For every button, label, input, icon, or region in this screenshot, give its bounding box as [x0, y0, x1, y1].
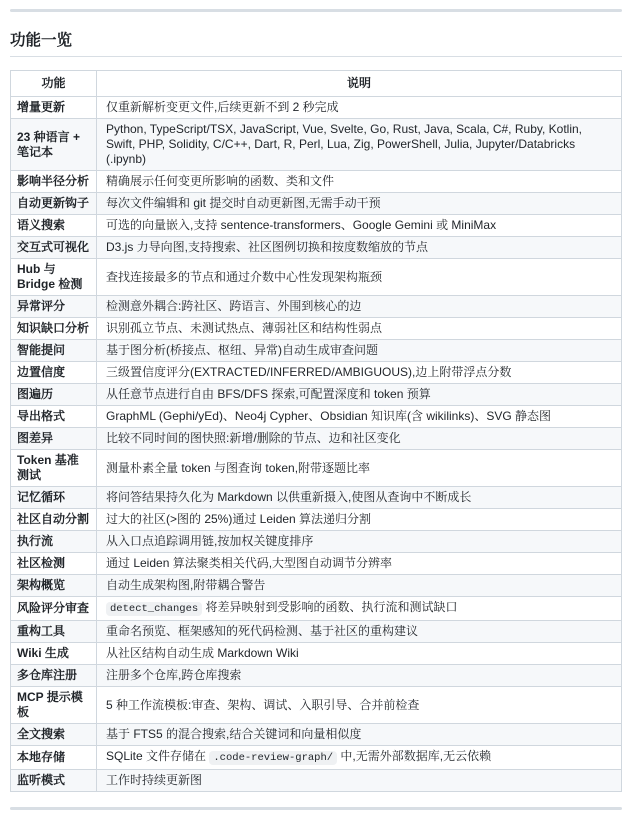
description-cell: 自动生成架构图,附带耦合警告	[97, 575, 622, 597]
feature-cell: 自动更新钩子	[11, 193, 97, 215]
description-text: 通过 Leiden 算法聚类相关代码,大型图自动调节分辨率	[106, 556, 392, 570]
description-text: 过大的社区(>图的 25%)通过 Leiden 算法递归分割	[106, 512, 371, 526]
description-cell: 从社区结构自动生成 Markdown Wiki	[97, 643, 622, 665]
description-cell: 将问答结果持久化为 Markdown 以供重新摄入,使图从查询中不断成长	[97, 487, 622, 509]
table-row: Token 基准测试测量朴素全量 token 与图查询 token,附带逐题比率	[11, 450, 622, 487]
description-text: 从社区结构自动生成 Markdown Wiki	[106, 646, 299, 660]
description-cell: 注册多个仓库,跨仓库搜索	[97, 665, 622, 687]
description-text: SQLite 文件存储在	[106, 749, 209, 763]
description-text: 识别孤立节点、未测试热点、薄弱社区和结构性弱点	[106, 321, 382, 335]
description-text: 将差异映射到受影响的函数、执行流和测试缺口	[202, 600, 457, 614]
description-cell: Python, TypeScript/TSX, JavaScript, Vue,…	[97, 119, 622, 171]
description-cell: 可选的向量嵌入,支持 sentence-transformers、Google …	[97, 215, 622, 237]
description-text: 工作时持续更新图	[106, 773, 202, 787]
description-text: 每次文件编辑和 git 提交时自动更新图,无需手动干预	[106, 196, 381, 210]
feature-cell: 记忆循环	[11, 487, 97, 509]
table-row: 社区检测通过 Leiden 算法聚类相关代码,大型图自动调节分辨率	[11, 553, 622, 575]
description-text: 5 种工作流模板:审查、架构、调试、入职引导、合并前检查	[106, 698, 419, 712]
description-text: 基于 FTS5 的混合搜索,结合关键词和向量相似度	[106, 727, 361, 741]
description-cell: 通过 Leiden 算法聚类相关代码,大型图自动调节分辨率	[97, 553, 622, 575]
feature-cell: 图差异	[11, 428, 97, 450]
description-text: D3.js 力导向图,支持搜索、社区图例切换和按度数缩放的节点	[106, 240, 428, 254]
bottom-divider	[10, 807, 622, 810]
table-row: 社区自动分割过大的社区(>图的 25%)通过 Leiden 算法递归分割	[11, 509, 622, 531]
description-cell: 过大的社区(>图的 25%)通过 Leiden 算法递归分割	[97, 509, 622, 531]
feature-cell: 风险评分审查	[11, 597, 97, 621]
column-header-feature: 功能	[11, 71, 97, 97]
description-cell: 比较不同时间的图快照:新增/删除的节点、边和社区变化	[97, 428, 622, 450]
table-row: 架构概览自动生成架构图,附带耦合警告	[11, 575, 622, 597]
description-text: 从入口点追踪调用链,按加权关键度排序	[106, 534, 313, 548]
features-table: 功能 说明 增量更新仅重新解析变更文件,后续更新不到 2 秒完成23 种语言 +…	[10, 70, 622, 792]
description-text: 查找连接最多的节点和通过介数中心性发现架构瓶颈	[106, 270, 382, 284]
table-row: 导出格式GraphML (Gephi/yEd)、Neo4j Cypher、Obs…	[11, 406, 622, 428]
description-cell: 工作时持续更新图	[97, 770, 622, 792]
column-header-description: 说明	[97, 71, 622, 97]
description-cell: 从入口点追踪调用链,按加权关键度排序	[97, 531, 622, 553]
table-row: 多仓库注册注册多个仓库,跨仓库搜索	[11, 665, 622, 687]
table-row: 监听模式工作时持续更新图	[11, 770, 622, 792]
table-row: Hub 与 Bridge 检测查找连接最多的节点和通过介数中心性发现架构瓶颈	[11, 259, 622, 296]
table-row: 智能提问基于图分析(桥接点、枢纽、异常)自动生成审查问题	[11, 340, 622, 362]
description-text: 自动生成架构图,附带耦合警告	[106, 578, 265, 592]
description-cell: 识别孤立节点、未测试热点、薄弱社区和结构性弱点	[97, 318, 622, 340]
description-text: 将问答结果持久化为 Markdown 以供重新摄入,使图从查询中不断成长	[106, 490, 471, 504]
table-header-row: 功能 说明	[11, 71, 622, 97]
feature-cell: Token 基准测试	[11, 450, 97, 487]
description-cell: 检测意外耦合:跨社区、跨语言、外围到核心的边	[97, 296, 622, 318]
feature-cell: 架构概览	[11, 575, 97, 597]
inline-code: .code-review-graph/	[209, 751, 337, 765]
description-text: 可选的向量嵌入,支持 sentence-transformers、Google …	[106, 218, 496, 232]
feature-cell: 多仓库注册	[11, 665, 97, 687]
feature-cell: 智能提问	[11, 340, 97, 362]
description-text: 仅重新解析变更文件,后续更新不到 2 秒完成	[106, 100, 339, 114]
description-cell: D3.js 力导向图,支持搜索、社区图例切换和按度数缩放的节点	[97, 237, 622, 259]
feature-cell: 影响半径分析	[11, 171, 97, 193]
description-cell: 从任意节点进行自由 BFS/DFS 探索,可配置深度和 token 预算	[97, 384, 622, 406]
description-cell: detect_changes 将差异映射到受影响的函数、执行流和测试缺口	[97, 597, 622, 621]
table-row: 知识缺口分析识别孤立节点、未测试热点、薄弱社区和结构性弱点	[11, 318, 622, 340]
feature-cell: 交互式可视化	[11, 237, 97, 259]
table-body: 增量更新仅重新解析变更文件,后续更新不到 2 秒完成23 种语言 + 笔记本Py…	[11, 97, 622, 792]
table-row: 记忆循环将问答结果持久化为 Markdown 以供重新摄入,使图从查询中不断成长	[11, 487, 622, 509]
table-head: 功能 说明	[11, 71, 622, 97]
description-text: 基于图分析(桥接点、枢纽、异常)自动生成审查问题	[106, 343, 378, 357]
document-page: 功能一览 功能 说明 增量更新仅重新解析变更文件,后续更新不到 2 秒完成23 …	[0, 0, 632, 820]
description-cell: 三级置信度评分(EXTRACTED/INFERRED/AMBIGUOUS),边上…	[97, 362, 622, 384]
table-row: 交互式可视化D3.js 力导向图,支持搜索、社区图例切换和按度数缩放的节点	[11, 237, 622, 259]
table-row: 语义搜索可选的向量嵌入,支持 sentence-transformers、Goo…	[11, 215, 622, 237]
inline-code: detect_changes	[106, 602, 202, 616]
feature-cell: 增量更新	[11, 97, 97, 119]
feature-cell: 语义搜索	[11, 215, 97, 237]
feature-cell: 社区检测	[11, 553, 97, 575]
description-cell: SQLite 文件存储在 .code-review-graph/ 中,无需外部数…	[97, 746, 622, 770]
description-text: 三级置信度评分(EXTRACTED/INFERRED/AMBIGUOUS),边上…	[106, 365, 511, 379]
table-row: 增量更新仅重新解析变更文件,后续更新不到 2 秒完成	[11, 97, 622, 119]
description-text: 中,无需外部数据库,无云依赖	[337, 749, 491, 763]
feature-cell: 23 种语言 + 笔记本	[11, 119, 97, 171]
table-row: MCP 提示模板5 种工作流模板:审查、架构、调试、入职引导、合并前检查	[11, 687, 622, 724]
table-row: 重构工具重命名预览、框架感知的死代码检测、基于社区的重构建议	[11, 621, 622, 643]
description-cell: 精确展示任何变更所影响的函数、类和文件	[97, 171, 622, 193]
table-row: 影响半径分析精确展示任何变更所影响的函数、类和文件	[11, 171, 622, 193]
feature-cell: 监听模式	[11, 770, 97, 792]
feature-cell: 导出格式	[11, 406, 97, 428]
description-text: 测量朴素全量 token 与图查询 token,附带逐题比率	[106, 461, 370, 475]
table-row: 执行流从入口点追踪调用链,按加权关键度排序	[11, 531, 622, 553]
description-text: Python, TypeScript/TSX, JavaScript, Vue,…	[106, 122, 582, 166]
top-divider	[10, 9, 622, 12]
feature-cell: 社区自动分割	[11, 509, 97, 531]
description-cell: 基于图分析(桥接点、枢纽、异常)自动生成审查问题	[97, 340, 622, 362]
description-text: 检测意外耦合:跨社区、跨语言、外围到核心的边	[106, 299, 361, 313]
table-row: 图差异比较不同时间的图快照:新增/删除的节点、边和社区变化	[11, 428, 622, 450]
feature-cell: Wiki 生成	[11, 643, 97, 665]
description-text: 注册多个仓库,跨仓库搜索	[106, 668, 241, 682]
feature-cell: MCP 提示模板	[11, 687, 97, 724]
feature-cell: 边置信度	[11, 362, 97, 384]
table-row: 本地存储SQLite 文件存储在 .code-review-graph/ 中,无…	[11, 746, 622, 770]
description-text: 精确展示任何变更所影响的函数、类和文件	[106, 174, 334, 188]
table-row: 风险评分审查detect_changes 将差异映射到受影响的函数、执行流和测试…	[11, 597, 622, 621]
table-row: 异常评分检测意外耦合:跨社区、跨语言、外围到核心的边	[11, 296, 622, 318]
description-cell: 5 种工作流模板:审查、架构、调试、入职引导、合并前检查	[97, 687, 622, 724]
table-row: 自动更新钩子每次文件编辑和 git 提交时自动更新图,无需手动干预	[11, 193, 622, 215]
feature-cell: Hub 与 Bridge 检测	[11, 259, 97, 296]
description-cell: 测量朴素全量 token 与图查询 token,附带逐题比率	[97, 450, 622, 487]
description-cell: 每次文件编辑和 git 提交时自动更新图,无需手动干预	[97, 193, 622, 215]
feature-cell: 异常评分	[11, 296, 97, 318]
description-text: GraphML (Gephi/yEd)、Neo4j Cypher、Obsidia…	[106, 409, 551, 423]
description-text: 比较不同时间的图快照:新增/删除的节点、边和社区变化	[106, 431, 401, 445]
description-cell: 仅重新解析变更文件,后续更新不到 2 秒完成	[97, 97, 622, 119]
feature-cell: 图遍历	[11, 384, 97, 406]
description-cell: 重命名预览、框架感知的死代码检测、基于社区的重构建议	[97, 621, 622, 643]
description-text: 从任意节点进行自由 BFS/DFS 探索,可配置深度和 token 预算	[106, 387, 431, 401]
description-cell: GraphML (Gephi/yEd)、Neo4j Cypher、Obsidia…	[97, 406, 622, 428]
feature-cell: 本地存储	[11, 746, 97, 770]
feature-cell: 执行流	[11, 531, 97, 553]
table-row: 全文搜索基于 FTS5 的混合搜索,结合关键词和向量相似度	[11, 724, 622, 746]
feature-cell: 全文搜索	[11, 724, 97, 746]
table-row: 图遍历从任意节点进行自由 BFS/DFS 探索,可配置深度和 token 预算	[11, 384, 622, 406]
description-text: 重命名预览、框架感知的死代码检测、基于社区的重构建议	[106, 624, 418, 638]
description-cell: 基于 FTS5 的混合搜索,结合关键词和向量相似度	[97, 724, 622, 746]
description-cell: 查找连接最多的节点和通过介数中心性发现架构瓶颈	[97, 259, 622, 296]
section-heading: 功能一览	[10, 31, 622, 57]
table-row: 23 种语言 + 笔记本Python, TypeScript/TSX, Java…	[11, 119, 622, 171]
feature-cell: 知识缺口分析	[11, 318, 97, 340]
feature-cell: 重构工具	[11, 621, 97, 643]
table-row: Wiki 生成从社区结构自动生成 Markdown Wiki	[11, 643, 622, 665]
table-row: 边置信度三级置信度评分(EXTRACTED/INFERRED/AMBIGUOUS…	[11, 362, 622, 384]
